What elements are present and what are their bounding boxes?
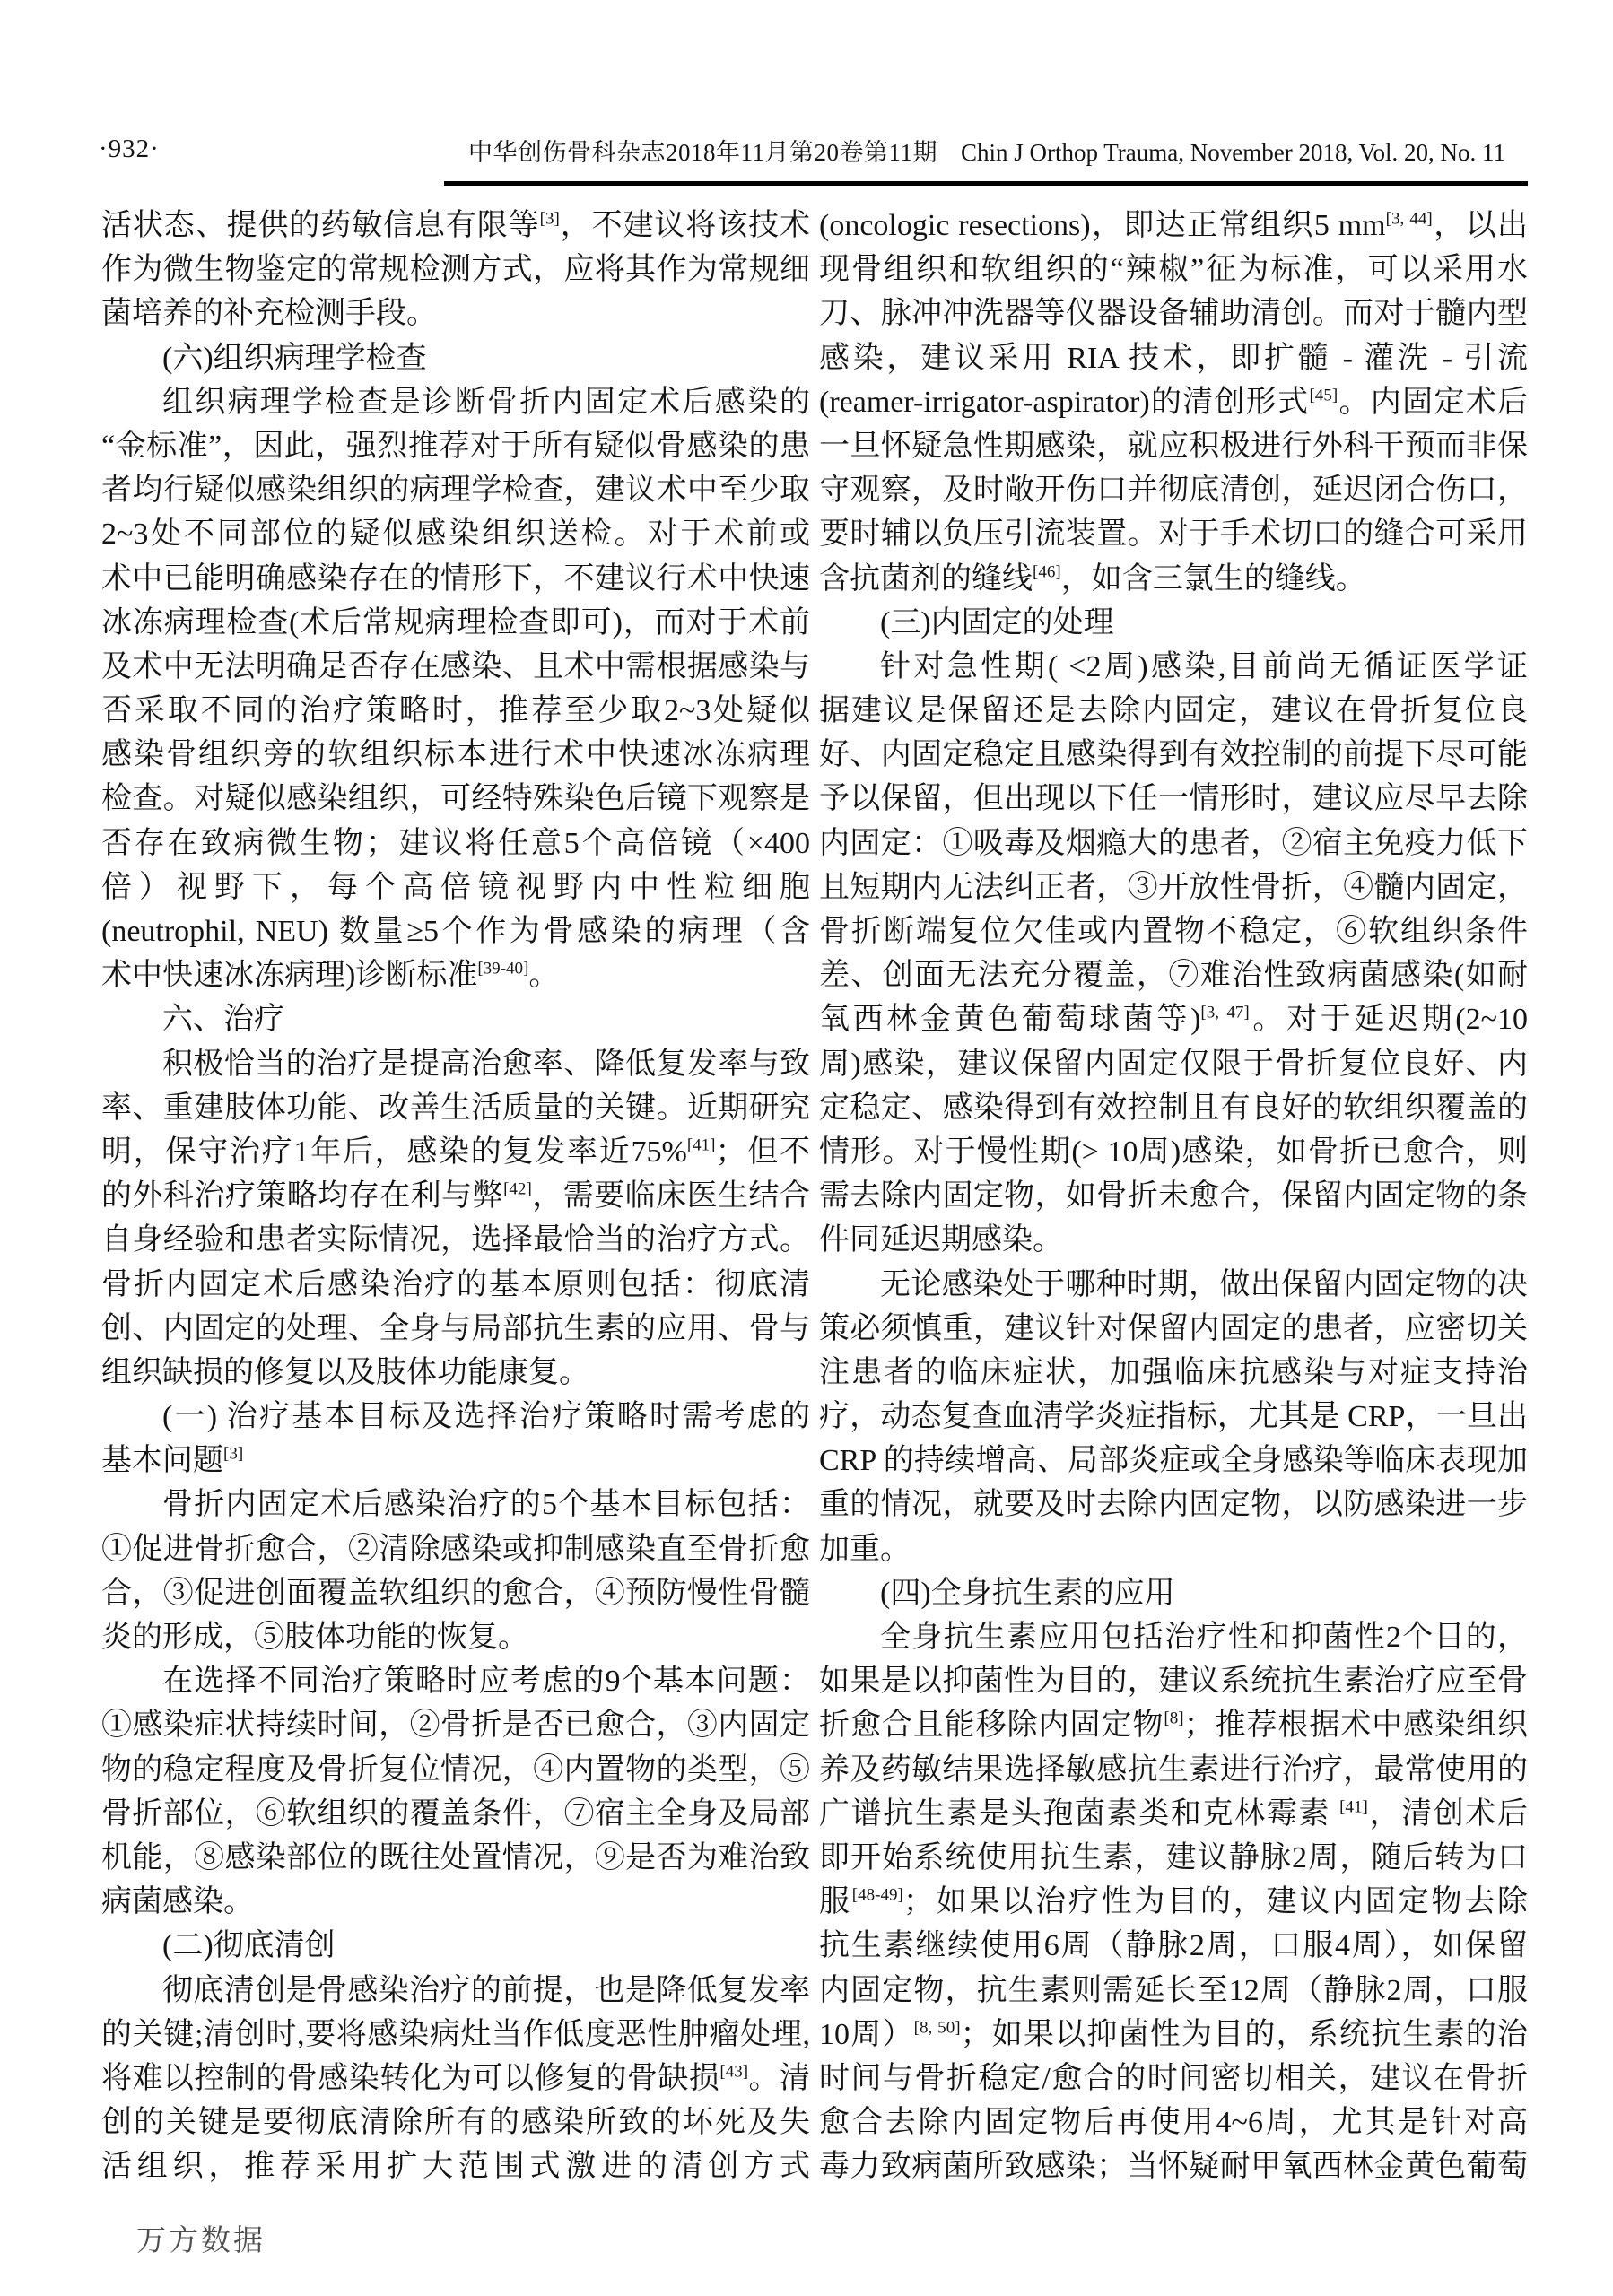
reference-superscript: [45] (1309, 386, 1338, 404)
text-line: 在选择不同治疗策略时应考虑的9个基本问题： (101, 1659, 810, 1703)
text-line: 的关键;清创时,要将感染病灶当作低度恶性肿瘤处理, (101, 2013, 810, 2057)
text-line: 菌培养的补充检测手段。 (101, 291, 810, 335)
text-line: 策必须慎重，建议针对保留内固定的患者，应密切关 (819, 1307, 1528, 1351)
journal-title-en: Chin J Orthop Trauma, November 2018, Vol… (961, 139, 1505, 166)
reference-superscript: [42] (503, 1180, 532, 1199)
text-line: (三)内固定的处理 (819, 601, 1528, 645)
text-line: 加重。 (819, 1527, 1528, 1571)
text-line: 否存在致病微生物；建议将任意5个高倍镜（×400 (101, 822, 810, 865)
text-line: 骨折断端复位欠佳或内置物不稳定，⑥软组织条件 (819, 909, 1528, 953)
text-line: (reamer-irrigator-aspirator)的清创形式[45]。内固… (819, 380, 1528, 424)
text-line: 如果是以抑菌性为目的，建议系统抗生素治疗应至骨 (819, 1659, 1528, 1703)
text-line: 否采取不同的治疗策略时，推荐至少取2~3处疑似 (101, 689, 810, 733)
text-line: 定稳定、感染得到有效控制且有良好的软组织覆盖的 (819, 1086, 1528, 1130)
reference-superscript: [43] (719, 2063, 748, 2082)
reference-superscript: [41] (687, 1136, 716, 1155)
text-line: 创、内固定的处理、全身与局部抗生素的应用、骨与软 (101, 1307, 810, 1351)
text-line: 骨折内固定术后感染治疗的基本原则包括：彻底清 (101, 1263, 810, 1307)
text-line: 病菌感染。 (101, 1880, 810, 1924)
text-line: 将难以控制的骨感染转化为可以修复的骨缺损[43]。清 (101, 2057, 810, 2100)
text-line: 守观察，及时敞开伤口并彻底清创，延迟闭合伤口，必 (819, 468, 1528, 512)
text-line: 针对急性期( <2周)感染,目前尚无循证医学证 (819, 645, 1528, 689)
text-line: ①促进骨折愈合，②清除感染或抑制感染直至骨折愈 (101, 1527, 810, 1571)
reference-superscript: [3, 47] (1200, 1004, 1249, 1022)
text-line: 活组织，推荐采用扩大范围式激进的清创方式 (101, 2144, 810, 2188)
text-line: (六)组织病理学检查 (101, 336, 810, 380)
text-line: 情形。对于慢性期(> 10周)感染，如骨折已愈合，则 (819, 1130, 1528, 1174)
right-column: (oncologic resections)，即达正常组织5 mm[3, 44]… (819, 204, 1528, 2188)
text-line: 服[48-49]；如果以治疗性为目的，建议内固定物去除后， (819, 1880, 1528, 1924)
text-line: 的外科治疗策略均存在利与弊[42]，需要临床医生结合 (101, 1174, 810, 1218)
text-line: 一旦怀疑急性期感染，就应积极进行外科干预而非保 (819, 424, 1528, 468)
text-line: 率、重建肢体功能、改善生活质量的关键。近期研究表 (101, 1086, 810, 1130)
text-line: 作为微生物鉴定的常规检测方式，应将其作为常规细 (101, 248, 810, 291)
text-line: 10周）[8, 50]；如果以抑菌性为目的，系统抗生素的治疗 (819, 2013, 1528, 2057)
text-line: 自身经验和患者实际情况，选择最恰当的治疗方式。 (101, 1218, 810, 1262)
text-line: (一) 治疗基本目标及选择治疗策略时需考虑的 (101, 1395, 810, 1439)
reference-superscript: [3, 44] (1386, 210, 1433, 229)
text-line: 物的稳定程度及骨折复位情况，④内置物的类型，⑤ (101, 1748, 810, 1792)
text-line: CRP 的持续增高、局部炎症或全身感染等临床表现加 (819, 1439, 1528, 1483)
text-line: 2~3处不同部位的疑似感染组织送检。对于术前或 (101, 512, 810, 556)
text-line: 愈合去除内固定物后再使用4~6周，尤其是针对高 (819, 2100, 1528, 2144)
text-line: 予以保留，但出现以下任一情形时，建议应尽早去除 (819, 777, 1528, 821)
text-line: 好、内固定稳定且感染得到有效控制的前提下尽可能 (819, 733, 1528, 777)
text-line: 六、治疗 (101, 997, 810, 1041)
text-line: (二)彻底清创 (101, 1924, 810, 1968)
text-line: 即开始系统使用抗生素，建议静脉2周，随后转为口 (819, 1836, 1528, 1880)
reference-superscript: [8, 50] (914, 2018, 961, 2037)
text-line: 倍）视野下，每个高倍镜视野内中性粒细胞 (101, 865, 810, 909)
text-line: 无论感染处于哪种时期，做出保留内固定物的决 (819, 1263, 1528, 1307)
text-line: “金标准”，因此，强烈推荐对于所有疑似骨感染的患 (101, 424, 810, 468)
journal-masthead: 中华创伤骨科杂志2018年11月第20卷第11期Chin J Orthop Tr… (446, 133, 1528, 168)
text-line: 术中快速冰冻病理)诊断标准[39-40]。 (101, 953, 810, 997)
text-line: 含抗菌剂的缝线[46]，如含三氯生的缝线。 (819, 557, 1528, 601)
text-line: 彻底清创是骨感染治疗的前提，也是降低复发率 (101, 1969, 810, 2013)
reference-superscript: [48-49] (852, 1886, 903, 1905)
text-line: (四)全身抗生素的应用 (819, 1571, 1528, 1615)
text-line: 注患者的临床症状，加强临床抗感染与对症支持治 (819, 1351, 1528, 1395)
text-line: 及术中无法明确是否存在感染、且术中需根据感染与 (101, 645, 810, 689)
text-line: 需去除内固定物，如骨折未愈合，保留内固定物的条 (819, 1174, 1528, 1218)
text-line: 基本问题[3] (101, 1439, 810, 1483)
text-line: 重的情况，就要及时去除内固定物，以防感染进一步 (819, 1483, 1528, 1526)
text-line: 刀、脉冲冲洗器等仪器设备辅助清创。而对于髓内型 (819, 291, 1528, 335)
header-rule (444, 181, 1528, 186)
reference-superscript: [46] (1033, 562, 1061, 581)
text-line: 明，保守治疗1年后，感染的复发率近75%[41]；但不同 (101, 1130, 810, 1174)
text-line: 广谱抗生素是头孢菌素类和克林霉素 [41]，清创术后 (819, 1792, 1528, 1836)
text-line: ①感染症状持续时间，②骨折是否已愈合，③内固定 (101, 1703, 810, 1747)
text-line: 活状态、提供的药敏信息有限等[3]，不建议将该技术 (101, 204, 810, 248)
text-line: 骨折内固定术后感染治疗的5个基本目标包括： (101, 1483, 810, 1526)
text-line: 毒力致病菌所致感染；当怀疑耐甲氧西林金黄色葡萄 (819, 2144, 1528, 2188)
reference-superscript: [41] (1339, 1797, 1368, 1816)
text-line: (neutrophil, NEU) 数量≥5个作为骨感染的病理（含 (101, 909, 810, 953)
text-line: 疗，动态复查血清学炎症指标，尤其是 CRP，一旦出现 (819, 1395, 1528, 1439)
text-line: 组织病理学检查是诊断骨折内固定术后感染的 (101, 380, 810, 424)
reference-superscript: [8] (1164, 1709, 1183, 1728)
text-line: 合，③促进创面覆盖软组织的愈合，④预防慢性骨髓 (101, 1571, 810, 1615)
page-number: ·932· (99, 135, 160, 164)
text-line: 组织缺损的修复以及肢体功能康复。 (101, 1351, 810, 1395)
journal-title-cn: 中华创伤骨科杂志2018年11月第20卷第11期 (468, 139, 937, 166)
text-line: 且短期内无法纠正者，③开放性骨折，④髓内固定，⑤ (819, 865, 1528, 909)
text-line: 积极恰当的治疗是提高治愈率、降低复发率与致残 (101, 1042, 810, 1086)
text-line: 据建议是保留还是去除内固定，建议在骨折复位良 (819, 689, 1528, 733)
reference-superscript: [3] (540, 210, 560, 229)
text-line: 要时辅以负压引流装置。对于手术切口的缝合可采用 (819, 512, 1528, 556)
text-line: 冰冻病理检查(术后常规病理检查即可)，而对于术前 (101, 601, 810, 645)
text-line: 内固定物，抗生素则需延长至12周（静脉2周，口服 (819, 1969, 1528, 2013)
text-line: 差、创面无法充分覆盖，⑦难治性致病菌感染(如耐甲 (819, 953, 1528, 997)
text-line: 时间与骨折稳定/愈合的时间密切相关，建议在骨折 (819, 2057, 1528, 2100)
text-line: 机能，⑧感染部位的既往处置情况，⑨是否为难治致 (101, 1836, 810, 1880)
text-line: 检查。对疑似感染组织，可经特殊染色后镜下观察是 (101, 777, 810, 821)
reference-superscript: [39-40] (477, 960, 528, 978)
text-line: 养及药敏结果选择敏感抗生素进行治疗，最常使用的 (819, 1748, 1528, 1792)
text-line: 折愈合且能移除内固定物[8]；推荐根据术中感染组织培 (819, 1703, 1528, 1747)
text-line: 术中已能明确感染存在的情形下，不建议行术中快速 (101, 557, 810, 601)
text-line: 氧西林金黄色葡萄球菌等)[3, 47]。对于延迟期(2~10 (819, 997, 1528, 1041)
text-line: 抗生素继续使用6周（静脉2周，口服4周），如保留 (819, 1924, 1528, 1968)
text-line: (oncologic resections)，即达正常组织5 mm[3, 44]… (819, 204, 1528, 248)
reference-superscript: [3] (223, 1445, 243, 1464)
text-line: 全身抗生素应用包括治疗性和抑菌性2个目的， (819, 1615, 1528, 1659)
text-line: 件同延迟期感染。 (819, 1218, 1528, 1262)
wanfang-watermark: 万方数据 (136, 2217, 266, 2259)
left-column: 活状态、提供的药敏信息有限等[3]，不建议将该技术作为微生物鉴定的常规检测方式，… (101, 204, 810, 2188)
text-line: 周)感染，建议保留内固定仅限于骨折复位良好、内固 (819, 1042, 1528, 1086)
text-line: 感染，建议采用 RIA 技术，即扩髓 - 灌洗 - 引流 (819, 336, 1528, 380)
journal-page: ·932· 中华创伤骨科杂志2018年11月第20卷第11期Chin J Ort… (0, 0, 1613, 2296)
text-line: 现骨组织和软组织的“辣椒”征为标准，可以采用水 (819, 248, 1528, 291)
text-line: 创的关键是要彻底清除所有的感染所致的坏死及失 (101, 2100, 810, 2144)
text-line: 炎的形成，⑤肢体功能的恢复。 (101, 1615, 810, 1659)
text-line: 感染骨组织旁的软组织标本进行术中快速冰冻病理 (101, 733, 810, 777)
text-line: 内固定：①吸毒及烟瘾大的患者，②宿主免疫力低下 (819, 822, 1528, 865)
text-line: 者均行疑似感染组织的病理学检查，建议术中至少取 (101, 468, 810, 512)
text-line: 骨折部位，⑥软组织的覆盖条件，⑦宿主全身及局部 (101, 1792, 810, 1836)
